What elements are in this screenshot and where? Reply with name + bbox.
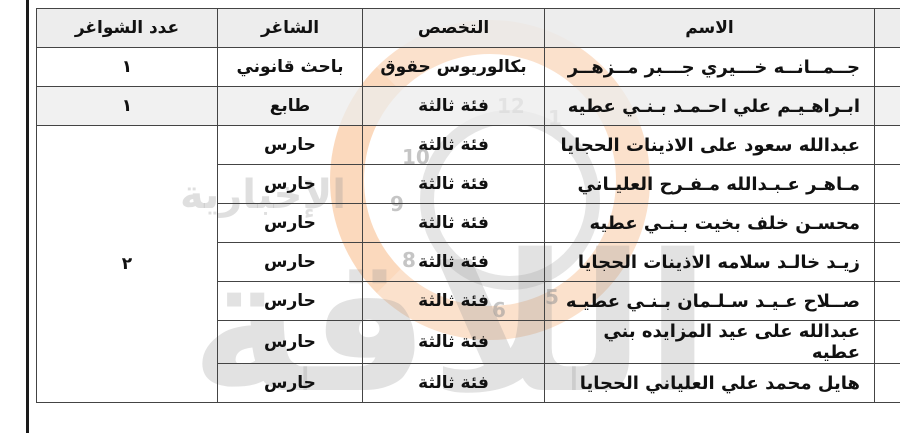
cell-serial (875, 126, 900, 165)
cell-specialization: فئة ثالثة (363, 321, 545, 364)
cell-specialization: فئة ثالثة (363, 243, 545, 282)
cell-vacancy: حارس (218, 126, 363, 165)
table-row: جــمــانــه خـــيري جـــبر مــزهــر بكال… (37, 48, 900, 87)
cell-vacancy: باحث قانوني (218, 48, 363, 87)
cell-name: زيـد خالـد سلامه الاذينات الحجايا (545, 243, 875, 282)
header-serial: م (875, 9, 900, 48)
header-vacancy-count: عدد الشواغر (37, 9, 218, 48)
cell-count-merged: ٢ (37, 126, 218, 403)
cell-specialization: فئة ثالثة (363, 87, 545, 126)
cell-specialization: بكالوريوس حقوق (363, 48, 545, 87)
table-row: عبدالله سعود على الاذينات الحجايا فئة ثا… (37, 126, 900, 165)
cell-vacancy: حارس (218, 282, 363, 321)
cell-serial (875, 48, 900, 87)
cell-specialization: فئة ثالثة (363, 204, 545, 243)
header-name: الاسم (545, 9, 875, 48)
cell-vacancy: حارس (218, 165, 363, 204)
cell-serial (875, 87, 900, 126)
cell-name: محسـن خلف بخيت بـنـي عطيه (545, 204, 875, 243)
cell-name: ابـراهـيـم علي احـمـد بـنـي عطيه (545, 87, 875, 126)
cell-vacancy: طابع (218, 87, 363, 126)
cell-serial (875, 243, 900, 282)
table-header-row: م الاسم التخصص الشاغر عدد الشواغر (37, 9, 900, 48)
cell-serial (875, 282, 900, 321)
cell-specialization: فئة ثالثة (363, 165, 545, 204)
cell-serial (875, 321, 900, 364)
cell-specialization: فئة ثالثة (363, 282, 545, 321)
cell-vacancy: حارس (218, 321, 363, 364)
cell-name: مـاهـر عـبـدالله مـفـرح العليـاني (545, 165, 875, 204)
table-row: ابـراهـيـم علي احـمـد بـنـي عطيه فئة ثال… (37, 87, 900, 126)
cell-vacancy: حارس (218, 204, 363, 243)
header-vacancy: الشاغر (218, 9, 363, 48)
cell-name: عبدالله على عيد المزايده بني عطيه (545, 321, 875, 364)
cell-specialization: فئة ثالثة (363, 126, 545, 165)
cell-name: جــمــانــه خـــيري جـــبر مــزهــر (545, 48, 875, 87)
page-margin-line (26, 0, 29, 433)
cell-serial (875, 204, 900, 243)
header-specialization: التخصص (363, 9, 545, 48)
cell-specialization: فئة ثالثة (363, 364, 545, 403)
cell-name: عبدالله سعود على الاذينات الحجايا (545, 126, 875, 165)
vacancies-table: م الاسم التخصص الشاغر عدد الشواغر جــمــ… (36, 8, 900, 403)
cell-count: ١ (37, 48, 218, 87)
cell-serial (875, 165, 900, 204)
cell-count: ١ (37, 87, 218, 126)
cell-vacancy: حارس (218, 243, 363, 282)
cell-vacancy: حارس (218, 364, 363, 403)
cell-serial (875, 364, 900, 403)
cell-name: هايل محمد علي العلياني الحجايا (545, 364, 875, 403)
cell-name: صــلاح عـيـد سـلـمان بـنـي عطيـه (545, 282, 875, 321)
